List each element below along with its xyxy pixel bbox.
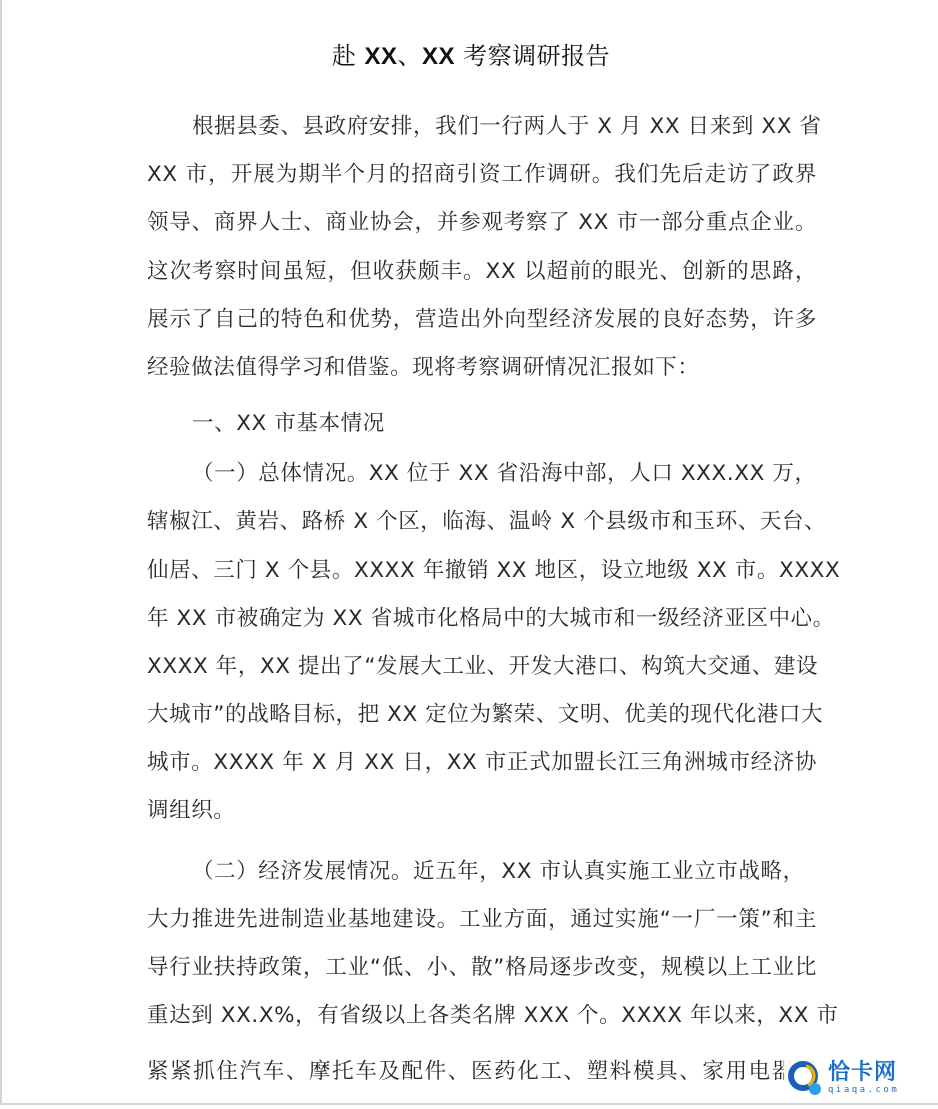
paragraph-2-line-2: 辖椒江、黄岩、路桥 X 个区，临海、温岭 X 个县级市和玉环、天台、 <box>147 507 817 537</box>
paragraph-1-line-3: 领导、商界人士、商业协会，并参观考察了 XX 市一部分重点企业。 <box>147 208 817 238</box>
watermark-domain: qiaqa.com <box>828 1085 899 1096</box>
paragraph-2-line-6: 大城市”的战略目标，把 XX 定位为繁荣、文明、优美的现代化港口大 <box>147 700 817 730</box>
paragraph-3-line-5: 紧紧抓住汽车、摩托车及配件、医药化工、塑料模具、家用电器等 <box>147 1057 817 1087</box>
title-separator: 、 <box>398 42 423 70</box>
paragraph-1-line-6: 经验做法值得学习和借鉴。现将考察调研情况汇报如下： <box>147 353 817 383</box>
paragraph-2-line-8: 调组织。 <box>147 796 817 826</box>
paragraph-3-line-4: 重达到 XX.X%，有省级以上各类名牌 XXX 个。XXXX 年以来，XX 市 <box>147 1001 817 1031</box>
watermark-brand-name: 恰卡网 <box>828 1061 899 1085</box>
paragraph-2-line-7: 城市。XXXX 年 X 月 XX 日，XX 市正式加盟长江三角洲城市经济协 <box>147 748 817 778</box>
title-placeholder-1: XX <box>364 43 397 70</box>
paragraph-1-line-4: 这次考察时间虽短，但收获颇丰。XX 以超前的眼光、创新的思路， <box>147 257 817 287</box>
paragraph-2-line-4: 年 XX 市被确定为 XX 省城市化格局中的大城市和一级经济亚区中心。 <box>147 604 817 634</box>
paragraph-1-line-1: 根据县委、县政府安排，我们一行两人于 X 月 XX 日来到 XX 省 <box>192 112 862 142</box>
qiaqa-logo-icon <box>784 1058 824 1098</box>
title-placeholder-2: XX <box>422 43 455 70</box>
paragraph-1-line-5: 展示了自己的特色和优势，营造出外向型经济发展的良好态势，许多 <box>147 305 817 335</box>
paragraph-2-line-3: 仙居、三门 X 个县。XXXX 年撤销 XX 地区，设立地级 XX 市。XXXX <box>147 556 817 586</box>
document-title: 赴 XX、XX 考察调研报告 <box>2 38 938 75</box>
title-prefix: 赴 <box>332 42 365 70</box>
document-page: 赴 XX、XX 考察调研报告 根据县委、县政府安排，我们一行两人于 X 月 XX… <box>0 0 938 1105</box>
paragraph-2-line-1: （一）总体情况。XX 位于 XX 省沿海中部，人口 XXX.XX 万， <box>192 459 862 489</box>
paragraph-1-line-2: XX 市，开展为期半个月的招商引资工作调研。我们先后走访了政界 <box>147 160 817 190</box>
site-watermark: 恰卡网 qiaqa.com <box>784 1055 934 1101</box>
title-suffix: 考察调研报告 <box>455 42 610 70</box>
paragraph-2-line-5: XXXX 年，XX 提出了“发展大工业、开发大港口、构筑大交通、建设 <box>147 652 817 682</box>
paragraph-3-line-1: （二）经济发展情况。近五年，XX 市认真实施工业立市战略， <box>192 857 862 887</box>
paragraph-3-line-2: 大力推进先进制造业基地建设。工业方面，通过实施“一厂一策”和主 <box>147 905 817 935</box>
paragraph-3-line-3: 导行业扶持政策，工业“低、小、散”格局逐步改变，规模以上工业比 <box>147 953 817 983</box>
section-heading-1: 一、XX 市基本情况 <box>192 409 862 439</box>
